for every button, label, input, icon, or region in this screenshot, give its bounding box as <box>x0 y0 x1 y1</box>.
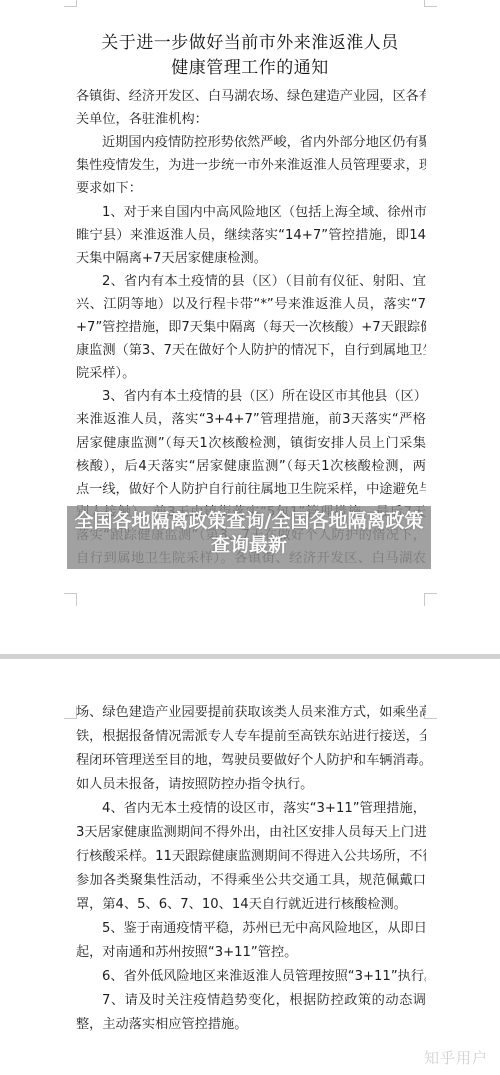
document-text-line: 罩，第4、5、6、7、10、14天自行就近进行核酸检测。 <box>76 896 426 914</box>
document-text-line: 2、省内有本土疫情的县（区）（目前有仪征、射阳、宜 <box>102 273 426 291</box>
document-page-2: 场、绿色建造产业园要提前获取该类人员来淮方式，如乘坐高铁，根据报备情况需派专人专… <box>0 659 500 1075</box>
document-text-line: 场、绿色建造产业园要提前获取该类人员来淮方式，如乘坐高 <box>76 704 426 722</box>
document-text-line: 近期国内疫情防控形势依然严峻，省内外部分地区仍有聚 <box>102 134 426 152</box>
document-text-line: 行核酸采样。11天跟踪健康监测期间不得进入公共场所，不得 <box>76 848 426 866</box>
document-text-line: 核酸），后4天落实“居家健康监测”（每天1次核酸检测，两 <box>76 458 426 476</box>
document-text-line: 康监测（第3、7天在做好个人防护的情况下，自行到属地卫生 <box>76 342 426 360</box>
document-text-line: 如人员未报备，请按照防控办指令执行。 <box>76 776 426 794</box>
document-text-line: 居家健康监测”（每天1次核酸检测，镇街安排人员上门采集 <box>76 435 426 453</box>
document-text-line: 整，主动落实相应管控措施。 <box>76 1016 426 1034</box>
document-text-line: 3天居家健康监测期间不得外出，由社区安排人员每天上门进 <box>76 824 426 842</box>
document-title-line-1: 关于进一步做好当前市外来淮返淮人员 <box>0 31 500 56</box>
document-text-line: +7”管控措施，即7天集中隔离（每天一次核酸）+7天跟踪健 <box>76 319 426 337</box>
document-title-line-2: 健康管理工作的通知 <box>0 56 500 81</box>
document-text-line: 各镇街、经济开发区、白马湖农场、绿色建造产业园，区各有 <box>76 88 426 106</box>
document-text-line: 兴、江阴等地）以及行程卡带“*”号来淮返淮人员，落实“7 <box>76 296 426 314</box>
document-text-line: 4、省内无本土疫情的设区市，落实“3+11”管理措施， <box>102 800 426 818</box>
document-text-line: 5、鉴于南通疫情平稳，苏州已无中高风险地区，从即日 <box>102 920 426 938</box>
document-text-line: 3、省内有本土疫情的县（区）所在设区市其他县（区） <box>102 388 426 406</box>
document-text-line: 程闭环管理送至目的地，驾驶员要做好个人防护和车辆消毒。 <box>76 752 426 770</box>
document-text-line: 关单位，各驻淮机构： <box>76 111 426 129</box>
document-text-line: 7、请及时关注疫情趋势变化，根据防控政策的动态调 <box>102 992 426 1010</box>
document-text-line: 点一线，做好个人防护自行前往属地卫生院采样，中途避免与 <box>76 481 426 499</box>
document-text-line: 集性疫情发生，为进一步统一市外来淮返淮人员管理要求，现 <box>76 157 426 175</box>
document-text-line: 天集中隔离+7天居家健康检测。 <box>76 250 426 268</box>
document-text-line: 起，对南通和苏州按照“3+11”管控。 <box>76 944 426 962</box>
page-corner-mark <box>64 0 77 7</box>
document-text-line: 睢宁县）来淮返淮人员，继续落实“14+7”管控措施，即14 <box>76 227 426 245</box>
zhihu-watermark: 知乎用户 <box>424 1047 488 1068</box>
page-corner-mark <box>64 593 77 606</box>
document-text-line: 6、省外低风险地区来淮返淮人员管理按照“3+11”执行。 <box>102 968 426 986</box>
headline-title: 全国各地隔离政策查询/全国各地隔离政策查询最新 <box>67 509 431 557</box>
page-corner-mark <box>424 0 437 7</box>
document-text-line: 铁，根据报备情况需派专人专车提前至高铁东站进行接送，全 <box>76 728 426 746</box>
document-text-line: 1、对于来自国内中高风险地区（包括上海全域、徐州市 <box>102 204 426 222</box>
document-text-line: 院采样）。 <box>76 365 426 383</box>
document-text-line: 要求如下： <box>76 180 426 198</box>
document-text-line: 来淮返淮人员，落实“3+4+7”管理措施，前3天落实“严格 <box>76 411 426 429</box>
document-text-line: 参加各类聚集性活动，不得乘坐公共交通工具，规范佩戴口 <box>76 872 426 890</box>
page-corner-mark <box>424 593 437 606</box>
